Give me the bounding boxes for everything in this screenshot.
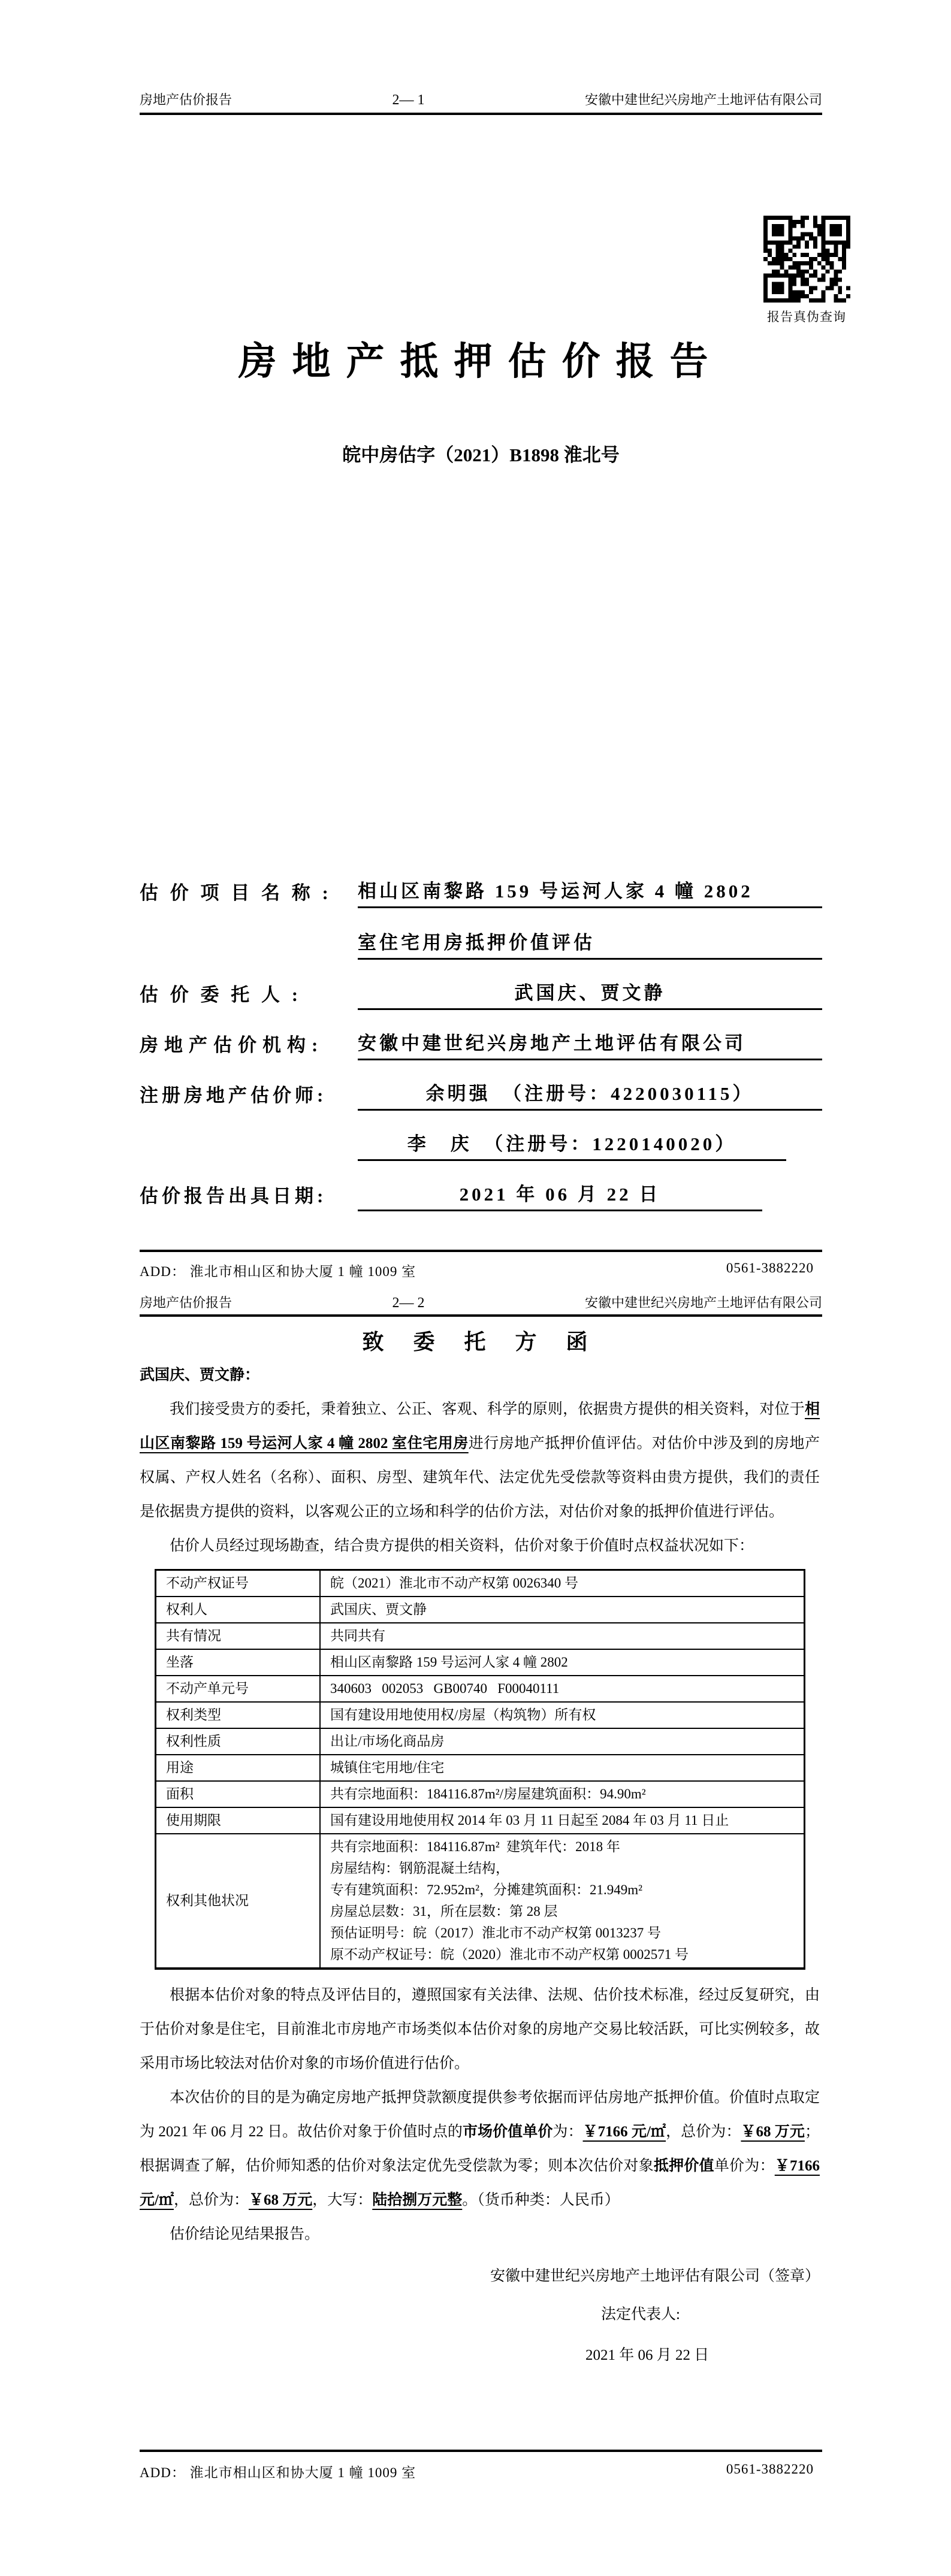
table-row: 权利性质出让/市场化商品房 xyxy=(156,1728,805,1755)
property-rights-table: 不动产权证号皖（2021）淮北市不动产权第 0026340 号权利人武国庆、贾文… xyxy=(155,1569,805,1970)
table-row-label: 面积 xyxy=(156,1781,321,1807)
letter-paragraph-3: 根据本估价对象的特点及评估目的，遵照国家有关法律、法规、估价技术标准，经过反复研… xyxy=(140,1978,820,2081)
signature-date: 2021 年 06 月 22 日 xyxy=(140,2346,820,2365)
report-date-value: 2021 年 06 月 22 日 xyxy=(358,1179,762,1211)
table-row: 权利类型国有建设用地使用权/房屋（构筑物）所有权 xyxy=(156,1702,805,1728)
table-row-label: 权利性质 xyxy=(156,1728,321,1755)
appraisal-report-document: 房地产估价报告 2— 1 安徽中建世纪兴房地产土地评估有限公司 报告真伪查询 房… xyxy=(0,0,951,2576)
report-doc-number: 皖中房估字（2021）B1898 淮北号 xyxy=(140,440,822,467)
client-label: 估 价 委 托 人 : xyxy=(140,979,358,1010)
table-row-label: 权利类型 xyxy=(156,1702,321,1728)
page2-footer: ADD： 淮北市相山区和协大厦 1 幢 1009 室 0561-3882220 xyxy=(140,2462,814,2481)
footer-address: ADD： 淮北市相山区和协大厦 1 幢 1009 室 xyxy=(140,2462,416,2481)
table-row: 不动产单元号340603 002053 GB00740 F00040111 xyxy=(156,1676,805,1702)
table-row-value: 相山区南黎路 159 号运河人家 4 幢 2802 xyxy=(320,1649,805,1676)
field-appraiser-row2: 李 庆 （注册号：1220140020） xyxy=(140,1129,822,1161)
table-row-value: 国有建设用地使用权 2014 年 03 月 11 日起至 2084 年 03 月… xyxy=(320,1807,805,1834)
appraiser2-value: 李 庆 （注册号：1220140020） xyxy=(358,1129,786,1161)
table-row-label: 不动产权证号 xyxy=(156,1570,321,1597)
letter-body: 武国庆、贾文静： 我们接受贵方的委托，秉着独立、公正、客观、科学的原则，依据贵方… xyxy=(140,1363,820,2365)
field-report-date-row: 估价报告出具日期: 2021 年 06 月 22 日 xyxy=(140,1179,822,1211)
field-agency-row: 房地产估价机构: 安徽中建世纪兴房地产土地评估有限公司 xyxy=(140,1028,822,1060)
table-row-value: 武国庆、贾文静 xyxy=(320,1597,805,1623)
horizontal-rule xyxy=(140,1250,822,1252)
table-row-value: 340603 002053 GB00740 F00040111 xyxy=(320,1676,805,1702)
horizontal-rule xyxy=(140,2450,822,2452)
field-appraiser-row1: 注册房地产估价师: 余明强 （注册号：4220030115） xyxy=(140,1078,822,1111)
table-row: 面积共有宗地面积：184116.87m²/房屋建筑面积：94.90m² xyxy=(156,1781,805,1807)
letter-paragraph-1: 我们接受贵方的委托，秉着独立、公正、客观、科学的原则，依据贵方提供的相关资料，对… xyxy=(140,1392,820,1529)
page2-running-header: 房地产估价报告 2— 2 安徽中建世纪兴房地产土地评估有限公司 xyxy=(140,1293,822,1311)
letter-title: 致 委 托 方 函 xyxy=(140,1325,822,1356)
table-row: 共有情况共同共有 xyxy=(156,1623,805,1649)
table-row: 使用期限国有建设用地使用权 2014 年 03 月 11 日起至 2084 年 … xyxy=(156,1807,805,1834)
table-row: 不动产权证号皖（2021）淮北市不动产权第 0026340 号 xyxy=(156,1570,805,1597)
footer-phone: 0561-3882220 xyxy=(726,1260,814,1280)
table-row-value: 城镇住宅用地/住宅 xyxy=(320,1755,805,1781)
appraiser1-value: 余明强 （注册号：4220030115） xyxy=(358,1078,822,1111)
agency-label: 房地产估价机构: xyxy=(140,1030,358,1060)
header-page-number: 2— 2 xyxy=(393,1295,425,1311)
page1-footer: ADD： 淮北市相山区和协大厦 1 幢 1009 室 0561-3882220 xyxy=(140,1260,814,1280)
table-row-label: 共有情况 xyxy=(156,1623,321,1649)
table-row-value: 共同共有 xyxy=(320,1623,805,1649)
signature-company: 安徽中建世纪兴房地产土地评估有限公司（签章） xyxy=(140,2267,820,2286)
agency-value: 安徽中建世纪兴房地产土地评估有限公司 xyxy=(358,1028,822,1060)
table-row-label: 用途 xyxy=(156,1755,321,1781)
table-row-value: 皖（2021）淮北市不动产权第 0026340 号 xyxy=(320,1570,805,1597)
header-page-number: 2— 1 xyxy=(393,92,425,108)
letter-salutation: 武国庆、贾文静： xyxy=(140,1363,820,1387)
appraiser-label: 注册房地产估价师: xyxy=(140,1080,358,1111)
table-row-label: 权利人 xyxy=(156,1597,321,1623)
horizontal-rule xyxy=(140,113,822,115)
header-doc-type: 房地产估价报告 xyxy=(140,1293,232,1311)
client-value: 武国庆、贾文静 xyxy=(358,978,822,1010)
footer-address: ADD： 淮北市相山区和协大厦 1 幢 1009 室 xyxy=(140,1260,416,1280)
letter-paragraph-2: 估价人员经过现场勘查，结合贵方提供的相关资料，估价对象于价值时点权益状况如下： xyxy=(140,1529,820,1563)
signature-legal-rep: 法定代表人: xyxy=(140,2305,820,2324)
table-row-label: 坐落 xyxy=(156,1649,321,1676)
header-company-name: 安徽中建世纪兴房地产土地评估有限公司 xyxy=(585,1293,822,1311)
qr-code-image xyxy=(763,216,850,303)
table-row: 用途城镇住宅用地/住宅 xyxy=(156,1755,805,1781)
table-row-label: 不动产单元号 xyxy=(156,1676,321,1702)
field-client-row: 估 价 委 托 人 : 武国庆、贾文静 xyxy=(140,978,822,1010)
page1-running-header: 房地产估价报告 2— 1 安徽中建世纪兴房地产土地评估有限公司 xyxy=(140,90,822,108)
table-row: 坐落相山区南黎路 159 号运河人家 4 幢 2802 xyxy=(156,1649,805,1676)
letter-paragraph-4: 本次估价的目的是为确定房地产抵押贷款额度提供参考依据而评估房地产抵押价值。价值时… xyxy=(140,2081,820,2217)
table-row-value: 共有宗地面积：184116.87m²/房屋建筑面积：94.90m² xyxy=(320,1781,805,1807)
table-row-label: 权利其他状况 xyxy=(156,1834,321,1969)
field-project-name-row1: 估 价 项 目 名 称 : 相山区南黎路 159 号运河人家 4 幢 2802 xyxy=(140,876,822,908)
report-verification-block: 报告真伪查询 xyxy=(762,216,851,325)
report-title: 房地产抵押估价报告 xyxy=(140,331,822,386)
project-name-value-line2: 室住宅用房抵押价值评估 xyxy=(358,927,822,960)
project-name-value-line1: 相山区南黎路 159 号运河人家 4 幢 2802 xyxy=(358,876,822,908)
table-row-value: 共有宗地面积：184116.87m² 建筑年代：2018 年房屋结构：钢筋混凝土… xyxy=(320,1834,805,1969)
table-row: 权利人武国庆、贾文静 xyxy=(156,1597,805,1623)
table-row: 权利其他状况共有宗地面积：184116.87m² 建筑年代：2018 年房屋结构… xyxy=(156,1834,805,1969)
qr-caption: 报告真伪查询 xyxy=(762,307,851,325)
project-name-label: 估 价 项 目 名 称 : xyxy=(140,878,358,908)
header-company-name: 安徽中建世纪兴房地产土地评估有限公司 xyxy=(585,90,822,108)
header-doc-type: 房地产估价报告 xyxy=(140,90,232,108)
footer-phone: 0561-3882220 xyxy=(726,2462,814,2481)
horizontal-rule xyxy=(140,1314,822,1317)
table-row-value: 出让/市场化商品房 xyxy=(320,1728,805,1755)
table-row-value: 国有建设用地使用权/房屋（构筑物）所有权 xyxy=(320,1702,805,1728)
field-project-name-row2: 室住宅用房抵押价值评估 xyxy=(140,927,822,960)
letter-closing: 估价结论见结果报告。 xyxy=(140,2217,820,2251)
report-date-label: 估价报告出具日期: xyxy=(140,1181,358,1211)
table-row-label: 使用期限 xyxy=(156,1807,321,1834)
